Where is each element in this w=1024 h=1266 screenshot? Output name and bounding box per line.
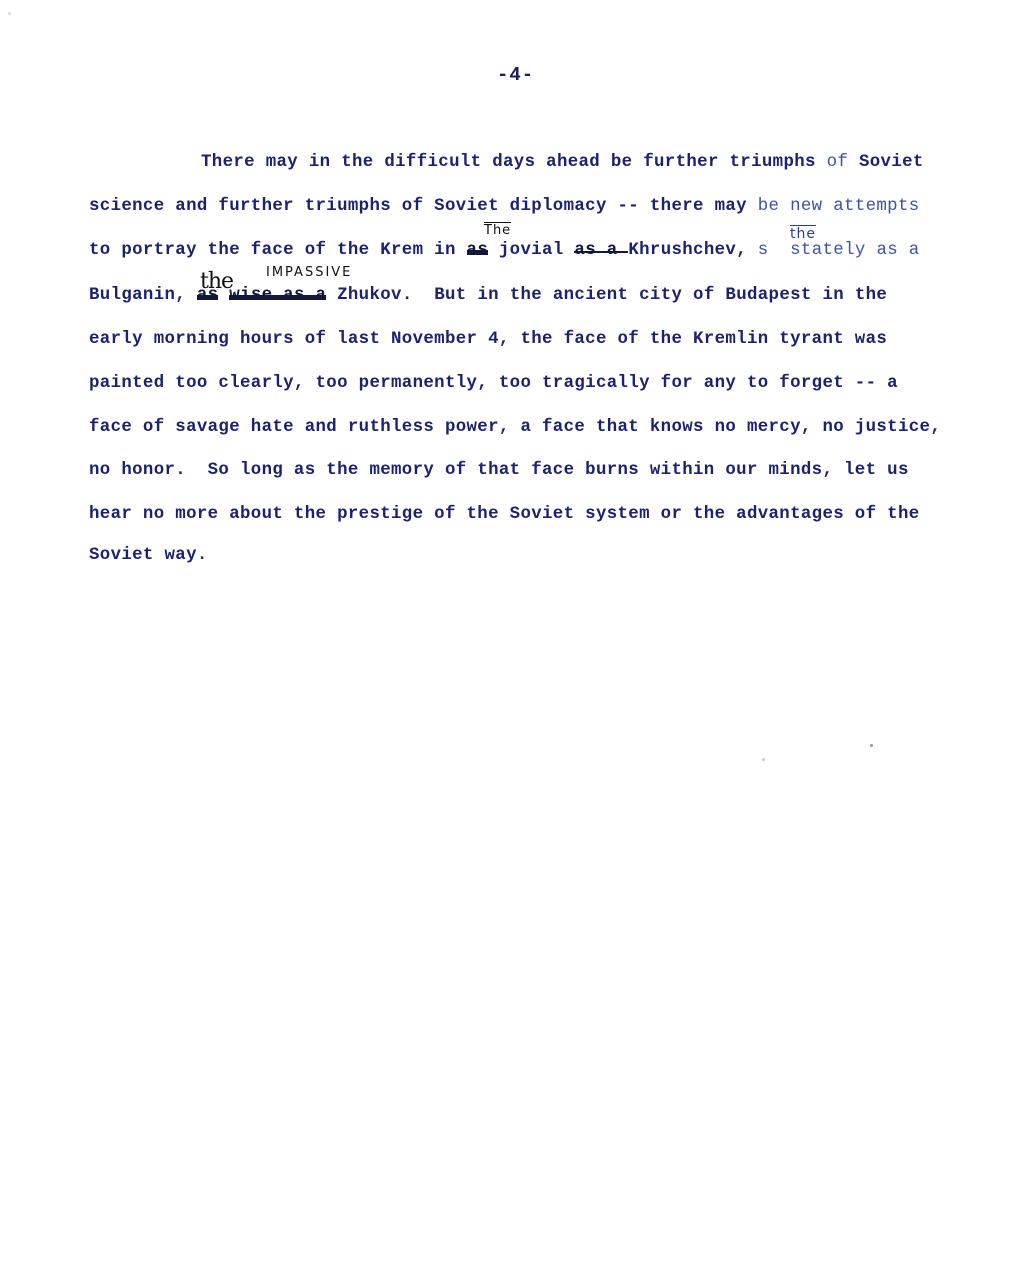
text-gap xyxy=(423,241,434,260)
text-run: to portray the face of the Krem xyxy=(89,241,423,260)
text-line: no honor. So long as the memory of that … xyxy=(89,461,909,480)
text-line: Soviet way. xyxy=(89,546,208,565)
document-page: -4- The the the IMPASSIVE There may in t… xyxy=(0,0,1024,1266)
text-run: s xyxy=(758,241,769,260)
text-run: be new attempts xyxy=(758,197,920,216)
text-gap xyxy=(218,286,229,305)
paper-speck xyxy=(8,12,11,15)
text-run: jovial xyxy=(488,241,574,260)
text-line: early morning hours of last November 4, … xyxy=(89,330,887,349)
paper-speck xyxy=(870,744,873,747)
handwritten-insert-the: the xyxy=(790,225,816,242)
text-line: hear no more about the prestige of the S… xyxy=(89,505,920,524)
text-line: There may in the difficult days ahead be… xyxy=(201,153,924,172)
text-line: Bulganin, as wise as a Zhukov. But in th… xyxy=(89,286,887,305)
struck-text: as xyxy=(197,286,219,305)
text-run: in xyxy=(434,241,466,260)
text-run: Soviet xyxy=(848,153,924,172)
text-run: Zhukov. But in the ancient city of Budap… xyxy=(326,286,887,305)
struck-text: as xyxy=(467,241,489,260)
struck-text: wise as a xyxy=(229,286,326,305)
handwritten-insert-the: The xyxy=(484,222,511,238)
text-run: Khrushchev, xyxy=(628,241,757,260)
text-run: of xyxy=(827,153,849,172)
text-line: science and further triumphs of Soviet d… xyxy=(89,197,920,216)
text-run: There may in the difficult days ahead be… xyxy=(201,153,827,172)
handwritten-insert-impassive: IMPASSIVE xyxy=(266,265,352,280)
page-number: -4- xyxy=(497,64,534,86)
text-line: face of savage hate and ruthless power, … xyxy=(89,418,941,437)
paper-speck xyxy=(762,758,765,761)
text-line: painted too clearly, too permanently, to… xyxy=(89,374,898,393)
text-line: to portray the face of the Krem in as jo… xyxy=(89,241,920,260)
text-run: science and further triumphs of Soviet d… xyxy=(89,197,758,216)
struck-text: as a xyxy=(574,241,628,260)
text-run: stately as a xyxy=(769,241,920,260)
text-run: Bulganin, xyxy=(89,286,197,305)
